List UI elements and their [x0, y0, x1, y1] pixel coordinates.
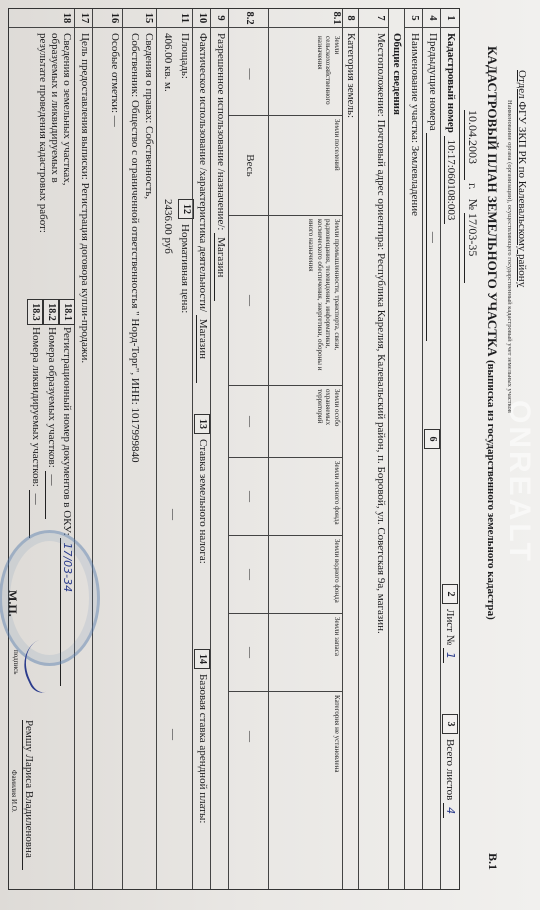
cadastral-plan-document: ONREALT Отдел ФГУ ЗКП РК по Калевальском… [0, 0, 540, 910]
row-area-price: 11 Площадь: 406.00 кв. м. 12 Нормативная… [156, 9, 193, 889]
issuing-organization: Отдел ФГУ ЗКП РК по Калевальскому району [516, 70, 528, 287]
signature-caption: подпись [12, 650, 20, 674]
row-permitted-use: 9 Разрешенное использование /назначение/… [210, 9, 229, 889]
row-location: 7 Местоположение: Почтовый адрес ориенти… [358, 9, 389, 889]
row-parcel-name: 5 Наименование участка: Землевладение [404, 9, 423, 889]
row-special-notes: 16 Особые отметки: — [92, 9, 123, 889]
row-cadastral-number: 1 Кадастровый номер 10:17:060108:003 2 Л… [440, 9, 459, 889]
row-rights: 15 Сведения о правах: Собственность, Соб… [122, 9, 157, 889]
watermark: ONREALT [502, 400, 536, 564]
category-value: — [229, 215, 269, 385]
category-value: — [229, 535, 269, 613]
purpose-value: Регистрация договора купли-продажи. [79, 183, 91, 364]
category-value: — [229, 691, 269, 781]
row-previous-numbers: 4 Предыдущие номера — 6 [422, 9, 441, 889]
parcel-name-value: Землевладение [409, 146, 421, 216]
category-header: Земли сельскохозяйственного назначения [269, 33, 343, 115]
category-value: Весь [229, 115, 269, 215]
category-header-grid: Земли сельскохозяйственного назначенияЗе… [269, 33, 359, 881]
actual-use-value: Магазин [196, 315, 209, 383]
category-header: Земли запаса [269, 613, 343, 691]
category-value: — [229, 613, 269, 691]
category-value: — [229, 385, 269, 457]
owner-value: Собственник: Общество с ограниченной отв… [129, 33, 141, 463]
category-header: Категория не установлена [269, 691, 343, 781]
row-parcel-changes: 18 Сведения о земельных участках, образу… [9, 9, 75, 889]
area-value: 406.00 кв. м. [162, 33, 174, 92]
row-category-headers: 8.1 Земли сельскохозяйственного назначен… [268, 9, 359, 889]
normative-price-value: 2436.00 руб [162, 199, 174, 254]
issuing-organization-caption: Наименование органа (организации), осуще… [506, 100, 513, 413]
row-category-values: 8.2 —Весь—————— [228, 9, 269, 889]
category-header: Земли лесного фонда [269, 457, 343, 535]
category-header: Земли особо охраняемых территорий [269, 385, 343, 457]
category-value: — [229, 33, 269, 115]
category-value-grid: —Весь—————— [229, 33, 269, 881]
document-date-number: 10.04.2003 г. № 17/03-35 [464, 110, 480, 283]
total-sheets-value: 4 [443, 803, 457, 818]
signatory-name: Ремшу Лариса Владиленовна [22, 720, 35, 870]
row-actual-use: 10 Фактическое использование /характерис… [192, 9, 211, 889]
category-header: Земли промышленности, транспорта, связи,… [269, 215, 343, 385]
row-purpose: 17 Цель предоставления выписки: Регистра… [74, 9, 93, 889]
cadastral-number-value: 10:17:060108:003 [444, 136, 457, 225]
category-header: Земли водного фонда [269, 535, 343, 613]
form-table: 1 Кадастровый номер 10:17:060108:003 2 Л… [8, 8, 460, 890]
category-value: — [229, 457, 269, 535]
document-title: КАДАСТРОВЫЙ ПЛАН ЗЕМЕЛЬНОГО УЧАСТКА (вып… [484, 46, 500, 620]
category-header: Земли поселений [269, 115, 343, 215]
section-general-info: Общие сведения [388, 9, 405, 889]
seal-label: М.П. [5, 590, 20, 617]
signatory-name-caption: Фамилия И.О. [10, 770, 18, 813]
permitted-use-value: Магазин [214, 233, 227, 301]
form-code: В.1 [485, 853, 500, 870]
sheet-number-value: 1 [443, 648, 457, 663]
location-value: Почтовый адрес ориентира: Республика Кар… [375, 120, 387, 634]
